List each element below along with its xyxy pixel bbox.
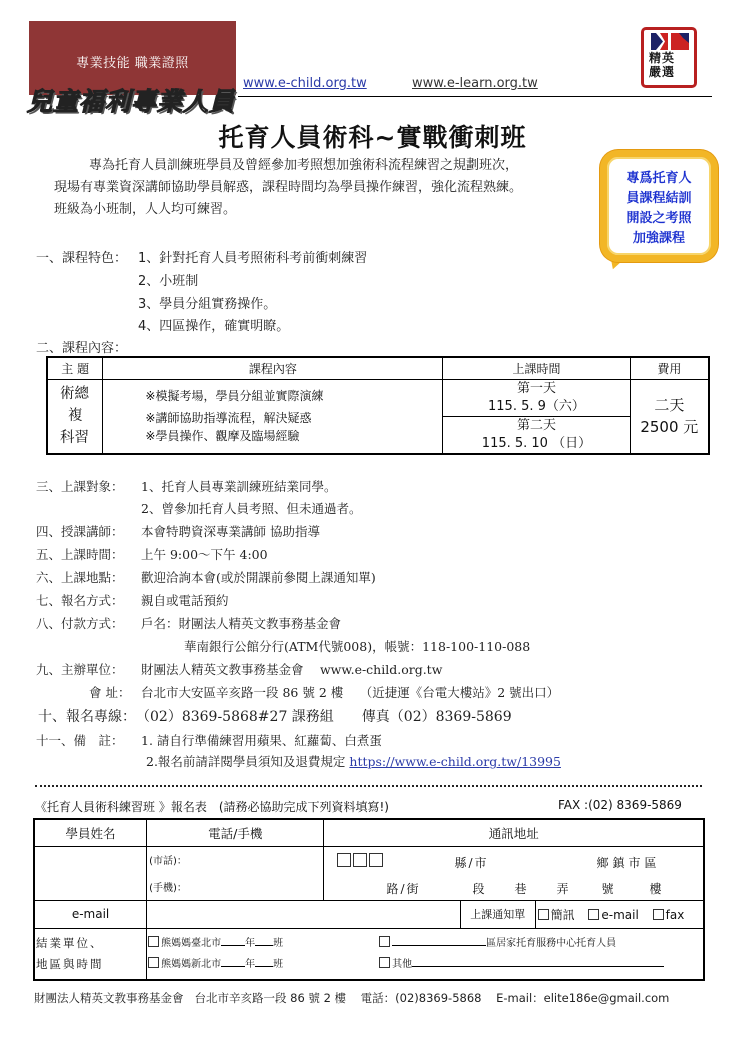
feature-item: 3、學員分組實務操作。	[138, 293, 276, 312]
ef-logo-icon	[651, 33, 689, 50]
form-fax: FAX :(02) 8369-5869	[558, 798, 682, 812]
e-learn-link[interactable]: www.e-learn.org.tw	[412, 76, 538, 91]
content-cell: ※模擬考場，學員分組並實際演練 ※講師協助指導流程，解決疑惑 ※學員操作、觀摩及…	[103, 379, 443, 454]
footer-org: 財團法人精英文教事務基金會	[34, 991, 184, 1005]
notice-fax-checkbox[interactable]: fax	[653, 908, 685, 922]
footer: 財團法人精英文教事務基金會 台北市辛亥路一段 86 號 2 樓 電話：(02)8…	[34, 990, 669, 1006]
form-title: 《托育人員術科練習班 》報名表 (請務必協助完成下列資料填寫!)	[35, 798, 389, 815]
registration-form: 學員姓名 電話/手機 通訊地址 (市話)： 縣/市 鄉鎮市區 (手機)： 路/街…	[33, 818, 705, 981]
notice-options: 簡訊 e-mail fax	[535, 900, 704, 928]
badge-line: 加強課程	[607, 229, 711, 249]
address-label: 會 址：	[89, 683, 130, 701]
organizer-value: 財團法人精英文教事務基金會 www.e-child.org.tw	[141, 660, 442, 678]
home-phone-field[interactable]: (市話)：	[147, 846, 324, 873]
unit-label: 結業單位、 地區與時間	[34, 928, 147, 980]
course-table: 主 題 課程內容 上課時間 費用 術總 複 科習 ※模擬考場，學員分組並實際演練…	[46, 356, 710, 455]
header-fee: 費用	[630, 357, 709, 379]
location-value: 歡迎洽詢本會(或於開課前參閱上課通知單)	[141, 568, 376, 586]
topic-cell: 術總 複 科習	[47, 379, 103, 454]
session-day-2: 第二天 115. 5. 10 （日）	[443, 416, 630, 454]
instructor-value: 本會特聘資深專業講師 協助指導	[141, 522, 320, 540]
badge-line: 開設之考照	[607, 209, 711, 229]
section-time-label: 五、上課時間：	[36, 545, 124, 563]
address-line-2-field[interactable]: 路/街 段 巷 弄 號 樓	[324, 873, 704, 900]
section-location-label: 六、上課地點：	[36, 568, 124, 586]
note-2: 2.報名前請詳閱學員須知及退費規定 https://www.e-child.or…	[146, 752, 561, 770]
unit-option-district-center[interactable]: 區居家托育服務中心托育人員	[379, 933, 616, 954]
audience-item: 2、曾參加托育人員考照、但未通過者。	[141, 499, 361, 517]
notice-label: 上課通知單	[460, 900, 535, 928]
intro-line-3: 班級為小班制，人人均可練習。	[54, 199, 236, 221]
payment-account-name: 戶名：財團法人精英文教事務基金會	[141, 614, 341, 632]
header-address: 通訊地址	[324, 819, 704, 846]
brand-name: 兒童福利專業人員	[27, 82, 235, 118]
footer-email: E-mail：elite186e@gmail.com	[496, 991, 669, 1005]
unit-options: 熊媽媽臺北市年班 熊媽媽新北市年班 區居家托育服務中心托育人員 其他	[147, 928, 704, 980]
logo-text: 精英 嚴選	[649, 51, 691, 79]
notice-email-checkbox[interactable]: e-mail	[588, 908, 638, 922]
cut-line-divider	[35, 785, 702, 787]
e-child-link[interactable]: www.e-child.org.tw	[243, 76, 367, 91]
intro-line-1: 專為托育人員訓練班學員及曾經參加考照想加強術科流程練習之規劃班次，	[89, 155, 518, 177]
elite-logo: 精英 嚴選	[641, 27, 697, 88]
header-time: 上課時間	[443, 357, 630, 379]
zip-code-boxes[interactable]	[337, 853, 385, 869]
registration-value: 親自或電話預約	[141, 591, 229, 609]
header-divider	[238, 96, 712, 97]
notice-sms-checkbox[interactable]: 簡訊	[538, 908, 575, 922]
address-value: 台北市大安區辛亥路一段 86 號 2 樓 （近捷運《台電大樓站》2 號出口）	[141, 683, 559, 701]
feature-item: 4、四區操作，確實明瞭。	[138, 315, 289, 334]
hotline-value: （02）8369-5868#27 課務組 傳真（02）8369-5869	[136, 706, 512, 726]
section-content-label: 二、課程內容：	[36, 337, 127, 356]
section-payment-label: 八、付款方式：	[36, 614, 124, 632]
section-registration-label: 七、報名方式：	[36, 591, 124, 609]
footer-phone: 電話：(02)8369-5868	[361, 991, 482, 1005]
refund-policy-link[interactable]: https://www.e-child.org.tw/13995	[349, 754, 561, 769]
brand-tagline: 專業技能 職業證照	[29, 52, 236, 71]
mobile-phone-field[interactable]: (手機)：	[147, 873, 324, 900]
feature-item: 1、針對托育人員考照術科考前衝刺練習	[138, 247, 367, 266]
header-content: 課程內容	[103, 357, 443, 379]
header-phone: 電話/手機	[147, 819, 324, 846]
section-instructor-label: 四、授課講師：	[36, 522, 124, 540]
class-time-value: 上午 9:00～下午 4:00	[141, 545, 268, 563]
unit-option-other[interactable]: 其他	[379, 954, 664, 975]
footer-address: 台北市辛亥路一段 86 號 2 樓	[194, 991, 346, 1005]
feature-item: 2、小班制	[138, 270, 198, 289]
page-title: 托育人員術科~實戰衝刺班	[0, 118, 745, 154]
section-audience-label: 三、上課對象：	[36, 477, 124, 495]
audience-item: 1、托育人員專業訓練班結業同學。	[141, 477, 336, 495]
section-notes-label: 十一、備 註：	[36, 731, 124, 749]
email-field[interactable]	[147, 900, 461, 928]
note-1: 1. 請自行準備練習用蘋果、紅蘿蔔、白煮蛋	[141, 731, 382, 749]
session-day-1: 第一天 115. 5. 9（六）	[443, 379, 630, 416]
intro-line-2: 現場有專業資深講師協助學員解惑，課程時間均為學員操作練習，強化流程熟練。	[54, 177, 522, 199]
badge-line: 專爲托育人	[607, 169, 711, 189]
email-label: e-mail	[34, 900, 147, 928]
badge-line: 員課程結訓	[607, 189, 711, 209]
section-features-label: 一、課程特色：	[36, 247, 127, 266]
student-name-field[interactable]	[34, 846, 147, 900]
section-hotline-label: 十、報名專線：	[38, 706, 136, 726]
header-topic: 主 題	[47, 357, 103, 379]
header-student-name: 學員姓名	[34, 819, 147, 846]
section-organizer-label: 九、主辦單位：	[36, 660, 124, 678]
promo-badge: 專爲托育人 員課程結訓 開設之考照 加強課程	[600, 150, 718, 262]
address-line-1-field[interactable]: 縣/市 鄉鎮市區	[324, 846, 704, 873]
payment-bank-info: 華南銀行公館分行(ATM代號008)，帳號：118-100-110-088	[184, 637, 530, 655]
fee-cell: 二天 2500 元	[630, 379, 709, 454]
